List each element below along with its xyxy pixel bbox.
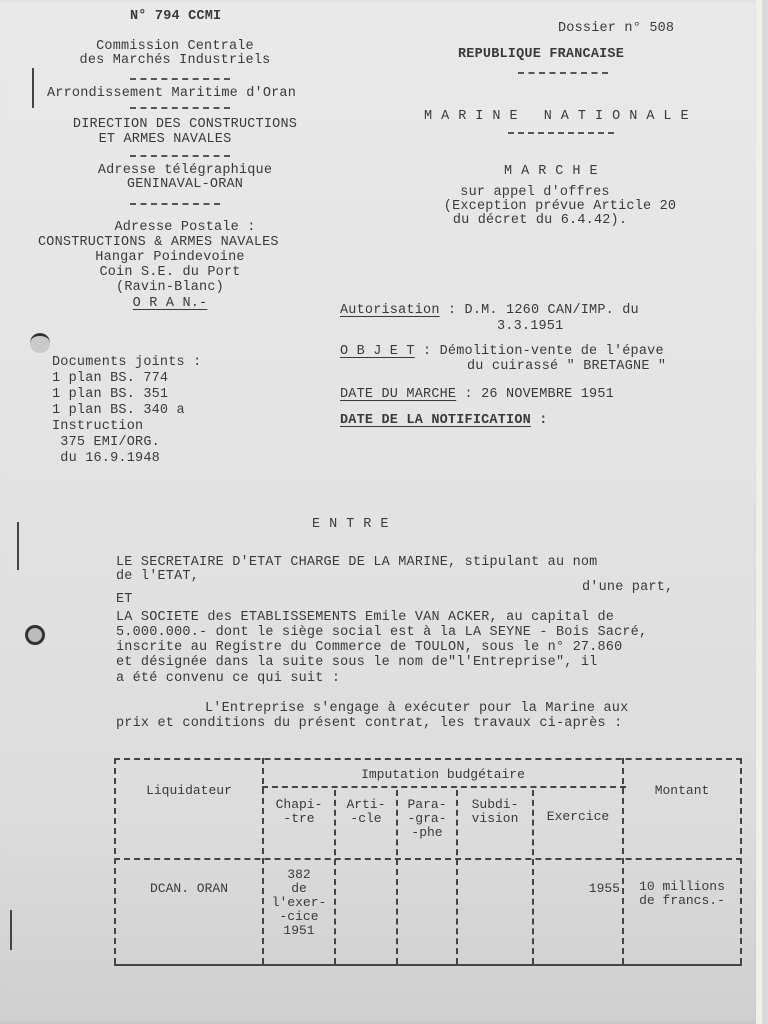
- header-exercice: Exercice: [534, 810, 622, 824]
- ref-number: N° 794 CCMI: [130, 10, 221, 24]
- instruction-line3: du 16.9.1948: [52, 452, 160, 466]
- table-border: [262, 786, 626, 788]
- separator: [130, 78, 230, 80]
- table-border: [114, 858, 742, 860]
- party2-line5: a été convenu ce qui suit :: [116, 672, 340, 686]
- separator: [130, 107, 230, 109]
- header-subdivision: Subdi- vision: [458, 798, 532, 826]
- autorisation-value: : D.M. 1260 CAN/IMP. du: [440, 303, 639, 318]
- party1-end: d'une part,: [582, 581, 673, 595]
- marine-heading: MARINE NATIONALE: [424, 110, 698, 124]
- postal-line1: CONSTRUCTIONS & ARMES NAVALES: [38, 236, 279, 250]
- paper-edge: [756, 0, 762, 1024]
- objet-value-line2: du cuirassé " BRETAGNE ": [467, 360, 666, 374]
- separator: [508, 132, 614, 134]
- cell-exercice: 1955: [534, 882, 620, 896]
- autorisation-row: Autorisation : D.M. 1260 CAN/IMP. du: [340, 304, 639, 318]
- direction-line1: DIRECTION DES CONSTRUCTIONS: [40, 118, 330, 132]
- instruction-line1: Instruction: [52, 420, 143, 434]
- postal-city: O R A N.-: [40, 297, 300, 311]
- objet-label: O B J E T: [340, 344, 415, 359]
- telegraphic-value: GENINAVAL-ORAN: [40, 178, 330, 192]
- party2-line1: LA SOCIETE des ETABLISSEMENTS Emile VAN …: [116, 611, 614, 625]
- separator: [130, 155, 230, 157]
- table-border: [114, 758, 742, 760]
- header-imputation: Imputation budgétaire: [264, 768, 622, 782]
- instruction-line2: 375 EMI/ORG.: [52, 436, 160, 450]
- telegraphic-label: Adresse télégraphique: [40, 164, 330, 178]
- separator: [130, 203, 220, 205]
- engagement-line2: prix et conditions du présent contrat, l…: [116, 717, 622, 731]
- date-notification-value: :: [531, 413, 548, 428]
- budget-table: Liquidateur Imputation budgétaire Chapi-…: [114, 758, 742, 966]
- postal-line2: Hangar Poindevoine: [40, 251, 300, 265]
- postal-line4: (Ravin-Blanc): [40, 281, 300, 295]
- table-border: [114, 964, 742, 966]
- margin-mark: [32, 68, 34, 108]
- cell-montant: 10 millions de francs.-: [624, 880, 740, 908]
- marche-sub1: sur appel d'offres: [400, 186, 670, 200]
- dossier-number: Dossier n° 508: [558, 22, 674, 36]
- et-label: ET: [116, 593, 133, 607]
- header-paragraphe: Para- -gra- -phe: [398, 798, 456, 840]
- date-notification-row: DATE DE LA NOTIFICATION :: [340, 414, 548, 428]
- party2-line3: inscrite au Registre du Commerce de TOUL…: [116, 641, 622, 655]
- document-page: N° 794 CCMI Commission Centrale des Marc…: [0, 0, 762, 1024]
- punch-hole: [25, 625, 45, 645]
- header-article: Arti- -cle: [336, 798, 396, 826]
- table-border: [114, 758, 116, 964]
- engagement-line1: L'Entreprise s'engage à exécuter pour la…: [205, 702, 628, 716]
- cell-chapitre: 382 de l'exer- -cice 1951: [264, 868, 334, 938]
- postal-label: Adresse Postale :: [40, 221, 330, 235]
- header-chapitre: Chapi- -tre: [264, 798, 334, 826]
- marche-heading: MARCHE: [504, 165, 607, 179]
- autorisation-date: 3.3.1951: [497, 320, 563, 334]
- marche-sub3: du décret du 6.4.42).: [400, 214, 680, 228]
- commission-line2: des Marchés Industriels: [40, 54, 310, 68]
- republic-heading: REPUBLIQUE FRANCAISE: [458, 48, 624, 62]
- header-montant: Montant: [624, 784, 740, 798]
- autorisation-label: Autorisation: [340, 303, 440, 318]
- party1-line1: LE SECRETAIRE D'ETAT CHARGE DE LA MARINE…: [116, 556, 597, 570]
- date-marche-label: DATE DU MARCHE: [340, 387, 456, 402]
- margin-mark: [10, 910, 12, 950]
- margin-mark: [17, 522, 19, 570]
- entre-heading: ENTRE: [312, 518, 398, 532]
- attachment-item: 1 plan BS. 774: [52, 372, 168, 386]
- party2-line4: et désignée dans la suite sous le nom de…: [116, 656, 597, 670]
- table-border: [740, 758, 742, 964]
- marche-sub2: (Exception prévue Article 20: [400, 200, 720, 214]
- cell-liquidateur: DCAN. ORAN: [118, 882, 260, 896]
- date-marche-row: DATE DU MARCHE : 26 NOVEMBRE 1951: [340, 388, 614, 402]
- date-notification-label: DATE DE LA NOTIFICATION: [340, 413, 531, 428]
- arrondissement: Arrondissement Maritime d'Oran: [47, 87, 296, 101]
- attachment-item: 1 plan BS. 351: [52, 388, 168, 402]
- objet-value: : Démolition-vente de l'épave: [415, 344, 664, 359]
- postal-line3: Coin S.E. du Port: [40, 266, 300, 280]
- header-liquidateur: Liquidateur: [118, 784, 260, 798]
- party1-line2: de l'ETAT,: [116, 570, 199, 584]
- party2-line2: 5.000.000.- dont le siège social est à l…: [116, 626, 647, 640]
- objet-row: O B J E T : Démolition-vente de l'épave: [340, 345, 664, 359]
- attachments-title: Documents joints :: [52, 356, 201, 370]
- commission-line1: Commission Centrale: [40, 40, 310, 54]
- punch-hole: [30, 333, 50, 353]
- direction-line2: ET ARMES NAVALES: [40, 133, 290, 147]
- separator: [518, 72, 608, 74]
- date-marche-value: : 26 NOVEMBRE 1951: [456, 387, 614, 402]
- attachment-item: 1 plan BS. 340 a: [52, 404, 185, 418]
